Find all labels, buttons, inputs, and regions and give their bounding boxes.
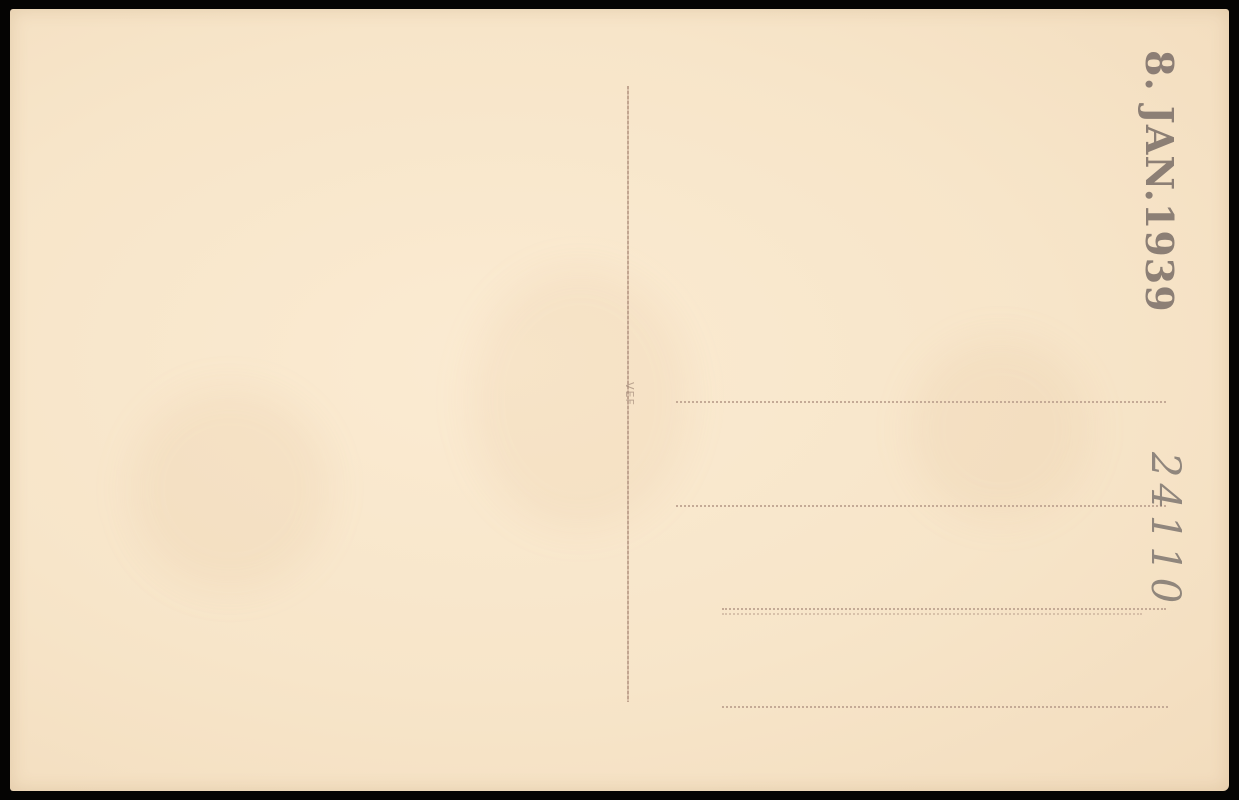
address-line-2 (676, 505, 1166, 507)
address-line-1 (676, 401, 1166, 403)
address-line-3-underline (722, 613, 1142, 615)
handwritten-number: 24110 (1142, 452, 1188, 609)
paper-stain (130, 389, 330, 589)
divider-imprint-mark: VEF (620, 368, 636, 420)
date-stamp: 8. JAN.1939 (1137, 50, 1182, 313)
paper-stain (910, 339, 1090, 519)
address-line-3 (722, 608, 1166, 610)
address-line-4 (722, 706, 1168, 708)
paper-stain (470, 269, 690, 529)
